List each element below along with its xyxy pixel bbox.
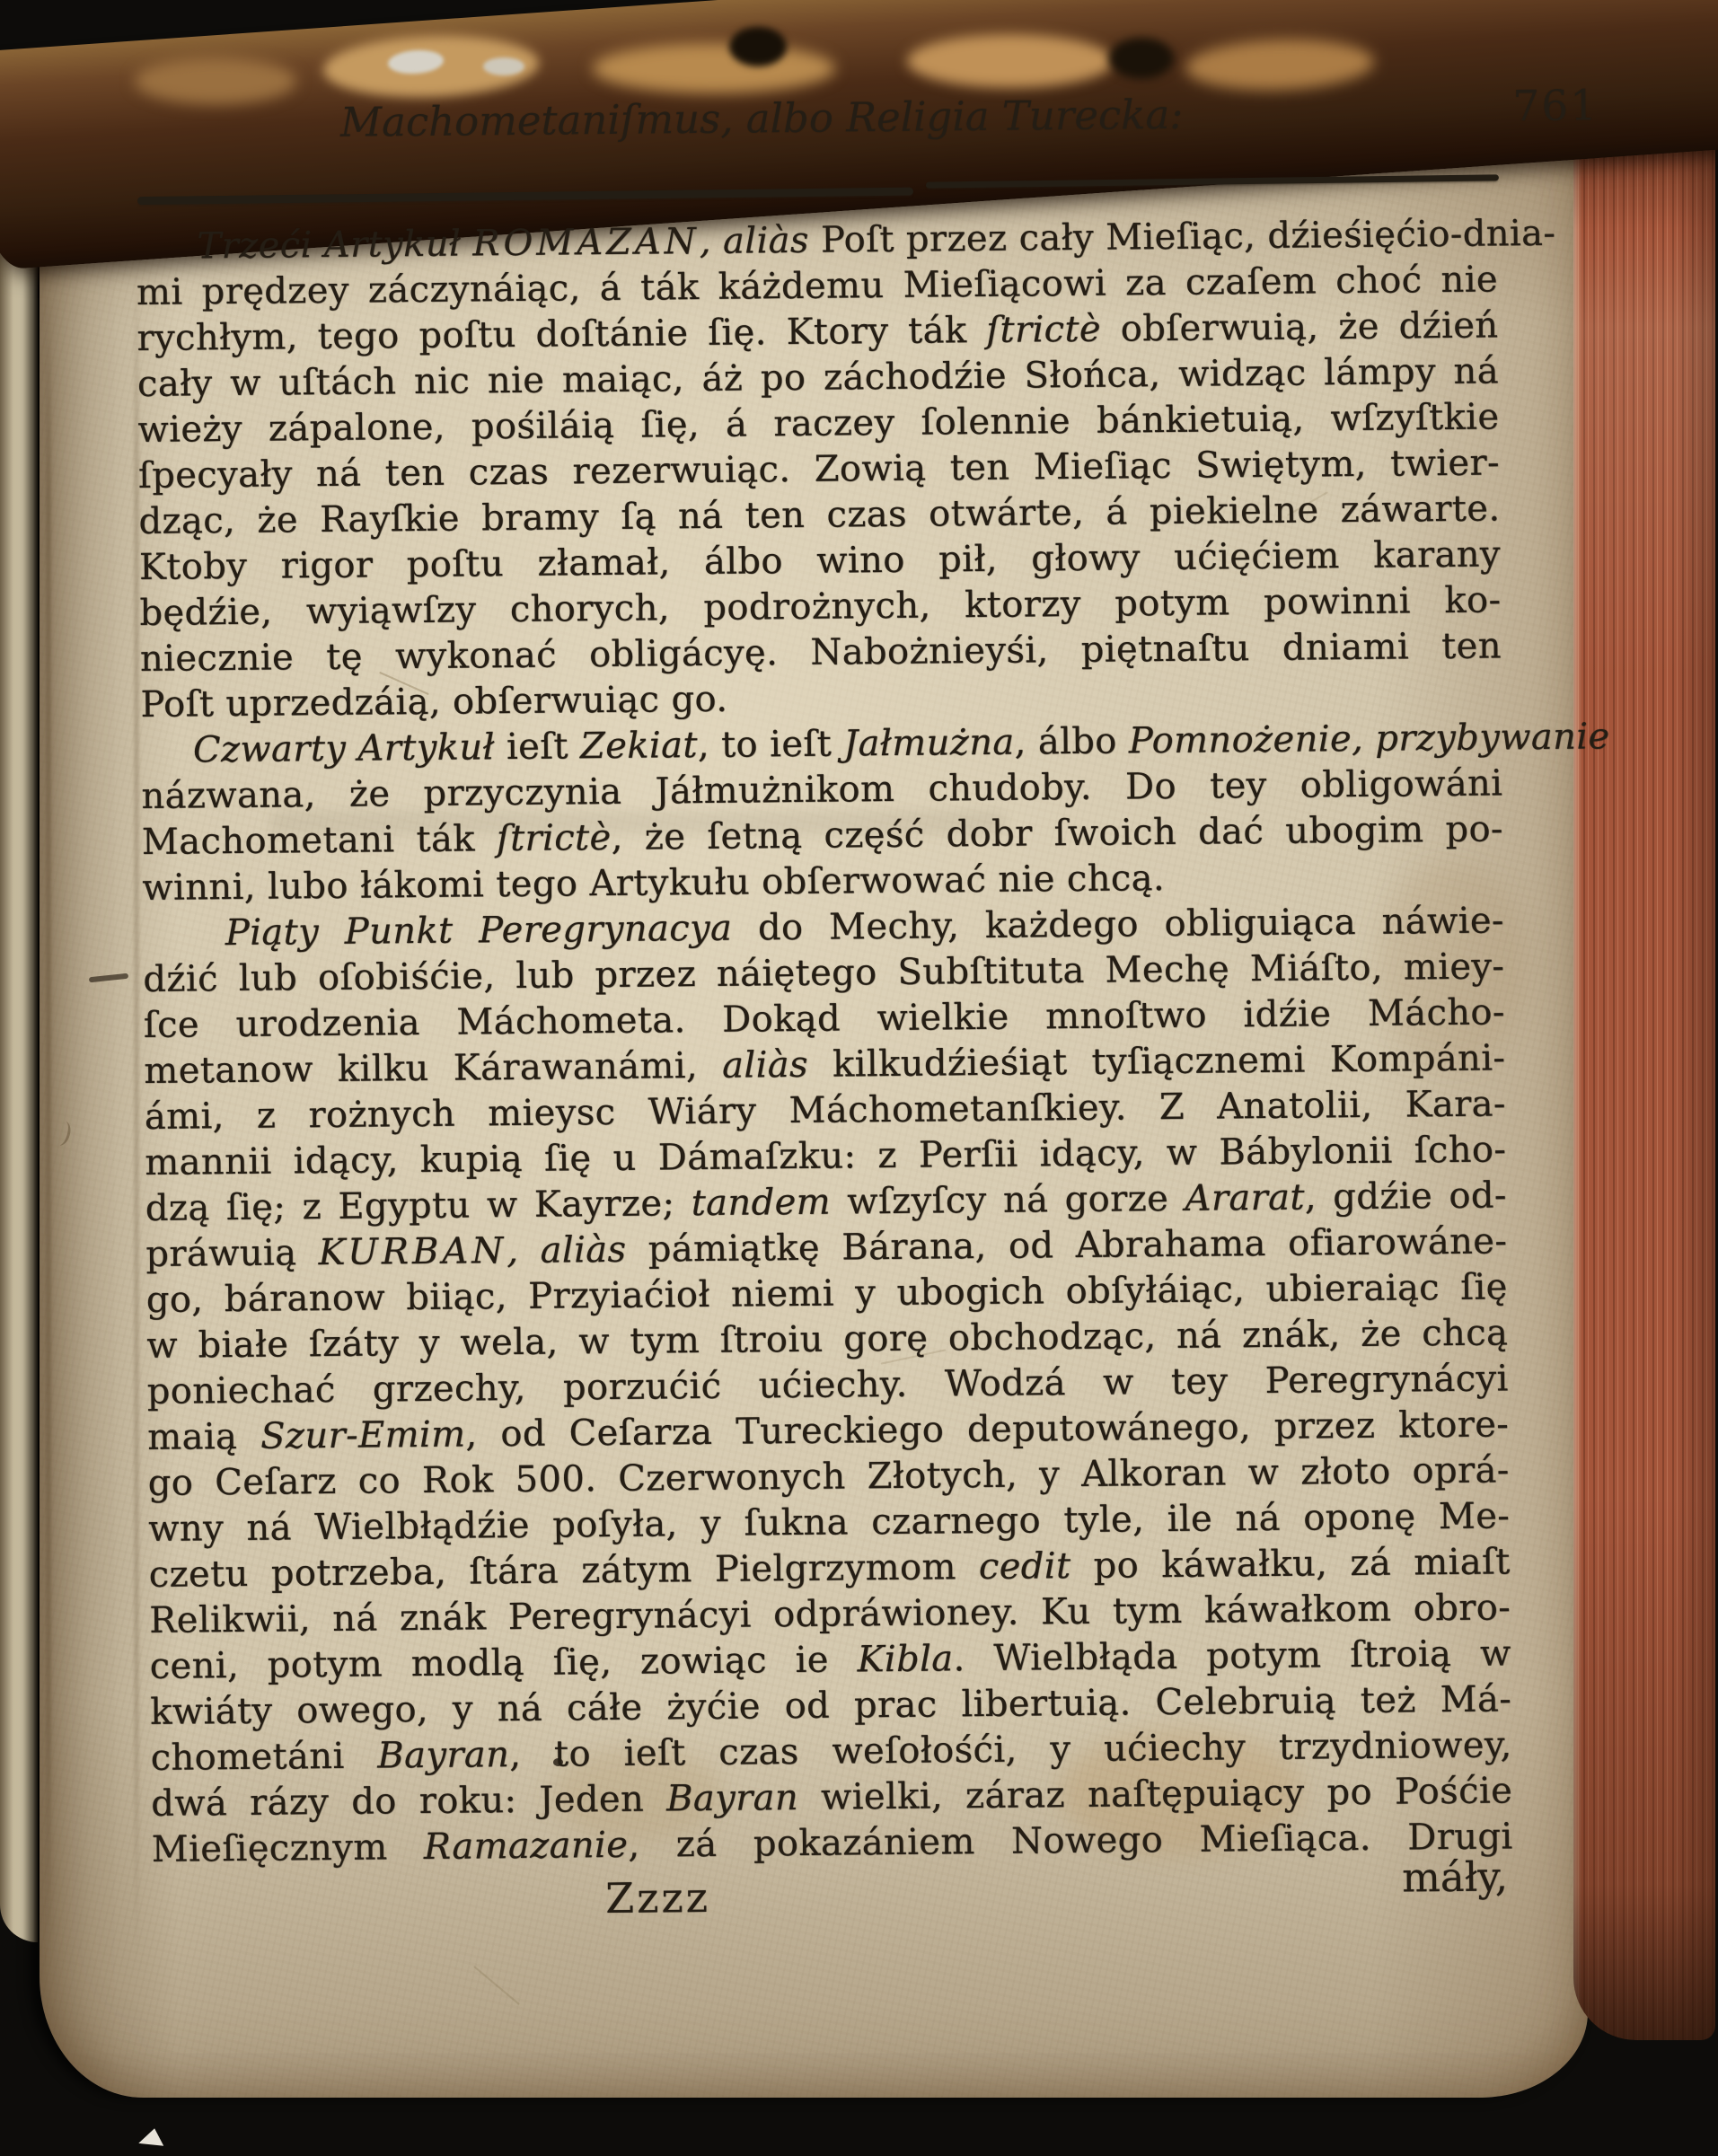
text-segment: , to ieſt xyxy=(698,723,844,766)
italic-text-segment: Ararat xyxy=(1185,1177,1305,1219)
running-header-title: Machometaniſmus, albo Religia Turecka: xyxy=(340,91,1184,146)
text-segment: . Wielbłąda potym ſtroią w xyxy=(953,1632,1511,1679)
text-segment: wielki, záraz naſtępuiący po Pośćie xyxy=(798,1770,1513,1818)
italic-text-segment: Zekiat xyxy=(580,725,698,767)
italic-text-segment: aliàs xyxy=(723,220,809,262)
gathering-signature: Zzzz xyxy=(605,1873,710,1923)
gutter-crease xyxy=(47,296,50,1967)
italic-text-segment: tandem xyxy=(691,1182,831,1224)
binding-tear xyxy=(1109,38,1174,79)
text-lines: Trzeći Artykuł ROMAZAN, aliàs Poſt przez… xyxy=(136,211,1513,1872)
text-segment: obſerwuią, że dźień xyxy=(1101,304,1499,349)
text-segment: czetu potrzeba, ſtára zátym Pielgrzymom xyxy=(149,1546,980,1596)
italic-text-segment: aliàs xyxy=(722,1044,808,1087)
corner-speck xyxy=(138,2125,167,2148)
binding-worn-edge xyxy=(907,34,1114,88)
italic-text-segment: aliàs xyxy=(540,1229,626,1272)
binding-worn-edge xyxy=(593,43,835,93)
italic-text-segment: KURBAN xyxy=(318,1230,507,1273)
text-segment: ieſt xyxy=(495,726,581,768)
text-segment: Machometani ták xyxy=(142,818,497,863)
text-segment: , gdźie od- xyxy=(1305,1175,1507,1218)
catchword: máły, xyxy=(1402,1852,1508,1901)
text-segment: , zá pokazániem Nowego Mieſiąca. Drugi xyxy=(628,1816,1513,1865)
binding-glint xyxy=(483,57,524,75)
text-segment: po káwałku, zá miaſt xyxy=(1070,1541,1511,1587)
italic-text-segment: Bayran xyxy=(377,1734,509,1776)
text-segment: maią xyxy=(147,1416,260,1458)
italic-text-segment: Bayran xyxy=(666,1777,798,1819)
italic-text-segment: , xyxy=(507,1230,541,1272)
text-segment: , od Ceſarza Tureckiego deputowánego, pr… xyxy=(465,1404,1509,1455)
italic-text-segment: ſtrictè xyxy=(986,309,1101,351)
italic-text-segment: ROMAZAN xyxy=(472,221,700,264)
adjacent-page-edge xyxy=(0,151,38,1942)
text-segment: wſzyſcy ná gorze xyxy=(831,1178,1185,1223)
text-segment: Mieſięcznym xyxy=(151,1826,424,1870)
text-segment: pámiątkę Bárana, od Abrahama ofiarowáne- xyxy=(626,1220,1507,1270)
text-segment: kilkudźieśiąt tyſiącznemi Kompáni- xyxy=(808,1037,1506,1085)
text-segment: ceni, potym modlą ſię, zowiąc ie xyxy=(150,1639,858,1687)
italic-text-segment: ſtrictè xyxy=(497,817,612,859)
binding-worn-edge xyxy=(135,57,296,104)
italic-text-segment: Czwarty Artykuł xyxy=(193,726,495,770)
italic-text-segment: Trzeći Artykuł xyxy=(197,223,472,267)
italic-text-segment: Jałmużna xyxy=(843,722,1015,765)
text-segment: Poſt przez cały Mieſiąc, dźieśięćio-dnia… xyxy=(809,213,1556,261)
gutter-crease xyxy=(135,269,138,1958)
text-segment: metanow kilku Kárawanámi, xyxy=(144,1045,722,1092)
binding-tear xyxy=(729,27,787,66)
text-segment: chometáni xyxy=(150,1735,377,1778)
text-segment: , że ſetną część dobr ſwoich dać ubogim … xyxy=(611,808,1503,858)
text-segment: dwá rázy do roku: Jeden xyxy=(151,1778,666,1825)
italic-text-segment: cedit xyxy=(979,1545,1071,1588)
text-segment: dzą ſię; z Egyptu w Kayrze; xyxy=(145,1183,692,1229)
red-fore-edge xyxy=(1573,93,1715,2040)
italic-text-segment: Piąty Punkt Peregrynacya xyxy=(225,908,733,954)
catchword-row: Zzzz máły, xyxy=(152,1865,1514,1941)
text-segment: práwuią xyxy=(145,1232,319,1275)
text-segment: do Mechy, każdego obliguiąca náwie- xyxy=(732,900,1504,948)
italic-text-segment: Pomnożenie, przybywanie xyxy=(1129,716,1610,761)
text-segment: winni, lubo łákomi tego Artykułu obſerwo… xyxy=(142,858,1165,909)
text-segment: rychłym, tego poſtu doſtánie ſię. Ktory … xyxy=(137,310,986,359)
italic-text-segment: Szur-Emim xyxy=(260,1414,466,1457)
text-segment: , to ieſt czas weſołośći, y ućiechy trzy… xyxy=(509,1724,1512,1775)
italic-text-segment: Ramazanie xyxy=(424,1825,629,1868)
text-segment: Poſt uprzedzáią, obſerwuiąc go. xyxy=(140,679,727,726)
italic-text-segment: , xyxy=(700,221,724,262)
page-number: 761 xyxy=(1512,81,1599,131)
book-scan: Machometaniſmus, albo Religia Turecka: 7… xyxy=(0,0,1718,2156)
italic-text-segment: Kibla xyxy=(857,1638,953,1680)
text-segment: , álbo xyxy=(1014,720,1129,762)
